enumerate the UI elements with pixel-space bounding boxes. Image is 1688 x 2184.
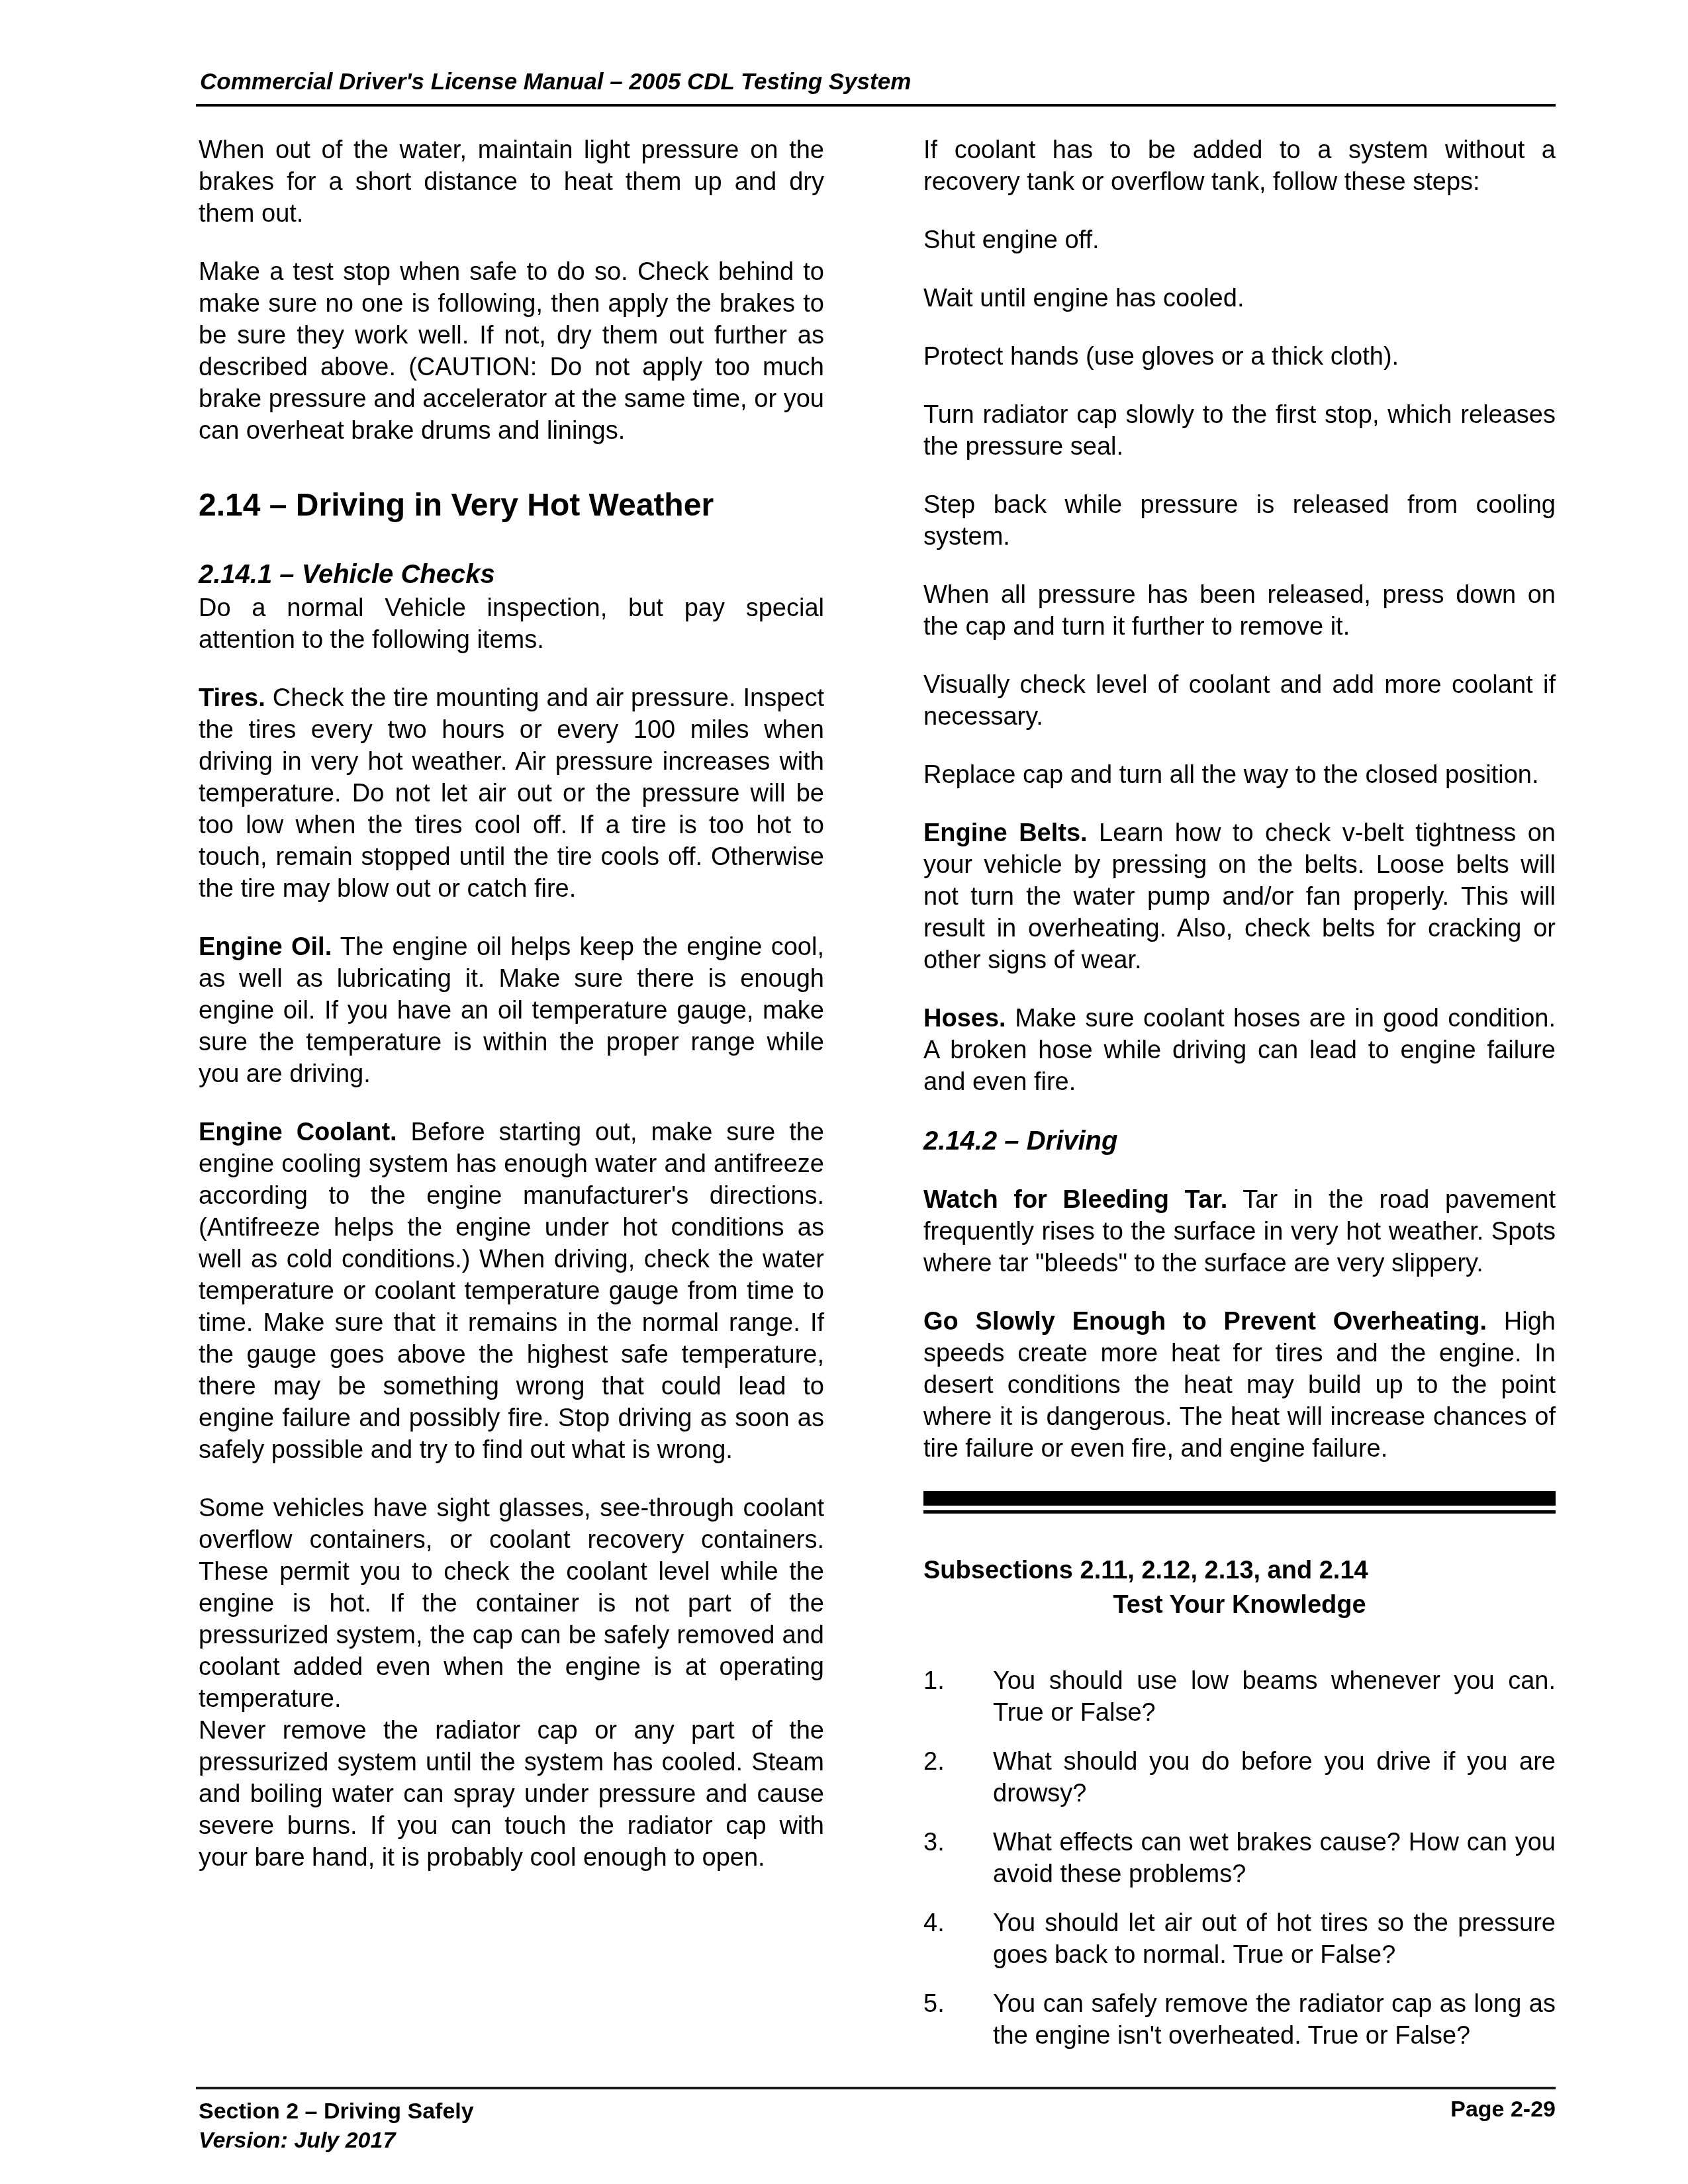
question-text: You should let air out of hot tires so t… [993,1907,1556,1971]
quiz-title: Subsections 2.11, 2.12, 2.13, and 2.14 T… [923,1553,1556,1622]
hoses-body: Make sure coolant hoses are in good cond… [923,1005,1556,1096]
bleeding-tar-lead: Watch for Bleeding Tar. [923,1186,1227,1214]
quiz-title-subsections: Subsections 2.11, 2.12, 2.13, and 2.14 [923,1553,1556,1588]
step-visually-check: Visually check level of coolant and add … [923,669,1556,733]
go-slowly-lead: Go Slowly Enough to Prevent Overheating. [923,1308,1487,1336]
step-wait-until-cooled: Wait until engine has cooled. [923,283,1556,314]
paragraph-wet-brakes-dry: When out of the water, maintain light pr… [199,134,824,230]
step-turn-radiator-cap: Turn radiator cap slowly to the first st… [923,399,1556,463]
question-text: What should you do before you drive if y… [993,1746,1556,1809]
quiz-question-4: 4. You should let air out of hot tires s… [923,1907,1556,1971]
question-number: 3. [923,1827,993,1890]
header-rule [196,104,1556,107]
footer-page-number: Page 2-29 [1450,2097,1556,2122]
engine-belts-lead: Engine Belts. [923,819,1088,847]
footer-rule [196,2087,1556,2089]
tires-body: Check the tire mounting and air pressure… [199,684,824,903]
footer-version-label: Version: July 2017 [199,2126,474,2155]
paragraph-engine-coolant: Engine Coolant. Before starting out, mak… [199,1116,824,1466]
question-text: You should use low beams whenever you ca… [993,1665,1556,1729]
step-protect-hands: Protect hands (use gloves or a thick clo… [923,341,1556,373]
section-heading-2-14: 2.14 – Driving in Very Hot Weather [199,486,824,525]
paragraph-go-slowly: Go Slowly Enough to Prevent Overheating.… [923,1306,1556,1465]
engine-oil-lead: Engine Oil. [199,933,332,961]
paragraph-if-coolant: If coolant has to be added to a system w… [923,134,1556,198]
footer-left: Section 2 – Driving Safely Version: July… [199,2097,474,2155]
question-number: 4. [923,1907,993,1971]
quiz-question-2: 2. What should you do before you drive i… [923,1746,1556,1809]
footer-section-label: Section 2 – Driving Safely [199,2097,474,2126]
paragraph-sight-glasses: Some vehicles have sight glasses, see-th… [199,1492,824,1715]
quiz-question-1: 1. You should use low beams whenever you… [923,1665,1556,1729]
subsection-heading-2-14-1: 2.14.1 – Vehicle Checks [199,558,824,591]
paragraph-vehicle-inspection-text: Do a normal Vehicle inspection, but pay … [199,594,824,654]
tires-lead: Tires. [199,684,265,712]
step-press-down-cap: When all pressure has been released, pre… [923,579,1556,643]
question-number: 2. [923,1746,993,1809]
question-text: What effects can wet brakes cause? How c… [993,1827,1556,1890]
hoses-lead: Hoses. [923,1005,1006,1032]
left-column: When out of the water, maintain light pr… [199,134,824,1874]
step-replace-cap: Replace cap and turn all the way to the … [923,759,1556,791]
quiz-question-3: 3. What effects can wet brakes cause? Ho… [923,1827,1556,1890]
quiz-divider-rule [923,1491,1556,1514]
engine-coolant-lead: Engine Coolant. [199,1118,397,1146]
step-step-back: Step back while pressure is released fro… [923,489,1556,553]
quiz-title-test-your-knowledge: Test Your Knowledge [923,1588,1556,1622]
paragraph-engine-oil: Engine Oil. The engine oil helps keep th… [199,931,824,1090]
paragraph-vehicle-inspection: Do a normal Vehicle inspection, but pay … [199,592,824,656]
paragraph-bleeding-tar: Watch for Bleeding Tar. Tar in the road … [923,1184,1556,1279]
paragraph-test-stop: Make a test stop when safe to do so. Che… [199,256,824,447]
paragraph-tires: Tires. Check the tire mounting and air p… [199,682,824,905]
quiz-question-5: 5. You can safely remove the radiator ca… [923,1988,1556,2052]
question-number: 1. [923,1665,993,1729]
header-title: Commercial Driver's License Manual – 200… [200,69,911,95]
right-column: If coolant has to be added to a system w… [923,134,1556,2069]
question-text: You can safely remove the radiator cap a… [993,1988,1556,2052]
subsection-heading-2-14-2: 2.14.2 – Driving [923,1124,1556,1158]
paragraph-never-remove-cap: Never remove the radiator cap or any par… [199,1715,824,1874]
paragraph-engine-belts: Engine Belts. Learn how to check v-belt … [923,817,1556,976]
question-number: 5. [923,1988,993,2052]
paragraph-hoses: Hoses. Make sure coolant hoses are in go… [923,1003,1556,1098]
engine-coolant-body: Before starting out, make sure the engin… [199,1118,824,1464]
document-page: Commercial Driver's License Manual – 200… [0,0,1688,2184]
step-shut-engine-off: Shut engine off. [923,224,1556,256]
